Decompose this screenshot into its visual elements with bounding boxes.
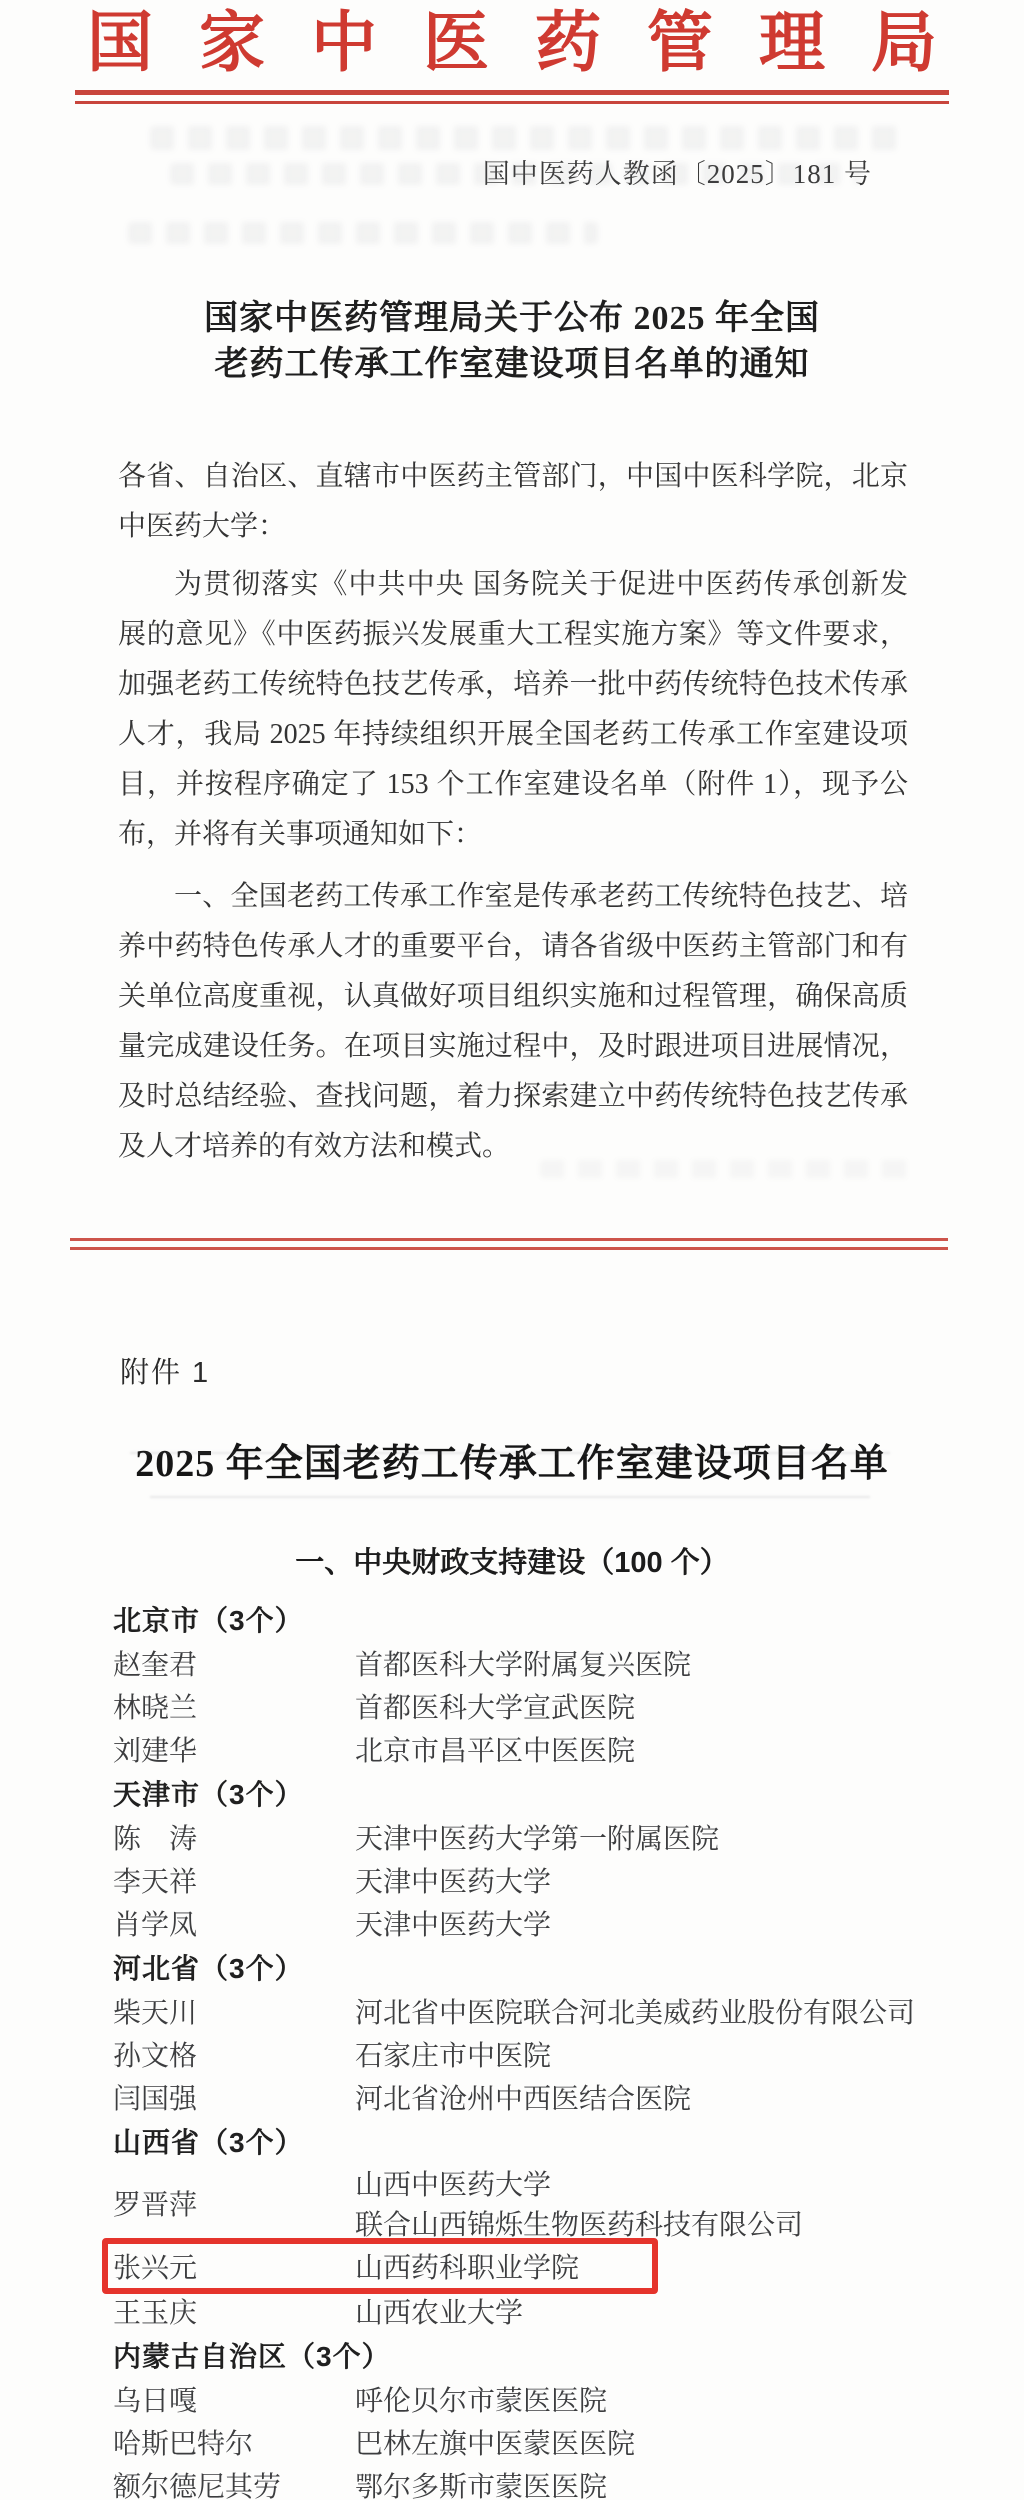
text-line: 目，并按程序确定了 153 个工作室建设名单（附件 1），现予公	[118, 760, 908, 810]
red-separator-rule	[70, 1238, 948, 1250]
text-line: 养中药特色传承人才的重要平台，请各省级中医药主管部门和有	[118, 922, 908, 972]
text-line: 关单位高度重视，认真做好项目组织实施和过程管理，确保高质	[118, 972, 908, 1022]
entry-row: 额尔德尼其劳鄂尔多斯市蒙医医院	[113, 2463, 953, 2500]
entry-name: 额尔德尼其劳	[113, 2465, 355, 2500]
entry-org: 首都医科大学附属复兴医院	[355, 1643, 691, 1683]
entry-name: 张兴元	[113, 2246, 355, 2286]
entry-org: 石家庄市中医院	[355, 2034, 551, 2074]
text-line: 为贯彻落实《中共中央 国务院关于促进中医药传承创新发	[118, 560, 908, 610]
text-line: 中医药大学：	[118, 502, 908, 552]
entry-name: 王玉庆	[113, 2291, 355, 2331]
entry-name: 罗晋萍	[113, 2183, 355, 2223]
entry-row: 孙文格石家庄市中医院	[113, 2032, 953, 2075]
entry-org: 巴林左旗中医蒙医医院	[355, 2422, 635, 2462]
entry-name: 赵奎君	[113, 1643, 355, 1683]
entry-org: 山西中医药大学联合山西锦烁生物医药科技有限公司	[355, 2163, 803, 2243]
entry-row: 哈斯巴特尔巴林左旗中医蒙医医院	[113, 2420, 953, 2463]
salutation: 各省、自治区、直辖市中医药主管部门，中国中医科学院，北京中医药大学：	[118, 452, 908, 552]
entry-row: 柴天川河北省中医院联合河北美威药业股份有限公司	[113, 1989, 953, 2032]
scan-streak	[150, 1496, 870, 1498]
entry-row: 王玉庆山西农业大学	[113, 2289, 953, 2332]
text-line: 加强老药工传统特色技艺传承，培养一批中药传统特色技术传承	[118, 660, 908, 710]
region-header: 内蒙古自治区（3个）	[113, 2332, 953, 2377]
text-line: 展的意见》《中医药振兴发展重大工程实施方案》等文件要求，	[118, 610, 908, 660]
scan-bleedthrough-smudge	[150, 126, 910, 150]
text-line: 国家中医药管理局关于公布 2025 年全国	[0, 296, 1024, 342]
scan-bleedthrough-smudge	[128, 222, 598, 244]
text-line: 量完成建设任务。在项目实施过程中，及时跟进项目进展情况，	[118, 1022, 908, 1072]
roster: 北京市（3个）赵奎君首都医科大学附属复兴医院林晓兰首都医科大学宣武医院刘建华北京…	[113, 1596, 953, 2500]
entry-org: 河北省中医院联合河北美威药业股份有限公司	[355, 1991, 915, 2031]
text-line: 老药工传承工作室建设项目名单的通知	[0, 342, 1024, 388]
entry-org: 鄂尔多斯市蒙医医院	[355, 2465, 607, 2500]
entry-org-line: 联合山西锦烁生物医药科技有限公司	[355, 2203, 803, 2243]
entry-org-line: 山西中医药大学	[355, 2163, 803, 2203]
entry-name: 闫国强	[113, 2077, 355, 2117]
text-line: 人才，我局 2025 年持续组织开展全国老药工传承工作室建设项	[118, 710, 908, 760]
region-header: 河北省（3个）	[113, 1944, 953, 1989]
paragraph-1: 为贯彻落实《中共中央 国务院关于促进中医药传承创新发展的意见》《中医药振兴发展重…	[118, 560, 908, 860]
entry-name: 柴天川	[113, 1991, 355, 2031]
text-line: 布，并将有关事项通知如下：	[118, 810, 908, 860]
text-line: 及人才培养的有效方法和模式。	[118, 1122, 908, 1172]
attachment-label: 附件 1	[120, 1350, 210, 1391]
entry-org: 天津中医药大学	[355, 1860, 551, 1900]
entry-row: 闫国强河北省沧州中西医结合医院	[113, 2075, 953, 2118]
entry-org: 首都医科大学宣武医院	[355, 1686, 635, 1726]
entry-row: 张兴元山西药科职业学院	[113, 2243, 953, 2289]
text-line: 各省、自治区、直辖市中医药主管部门，中国中医科学院，北京	[118, 452, 908, 502]
document-page: 国家中医药管理局 国中医药人教函〔2025〕181 号 国家中医药管理局关于公布…	[0, 0, 1024, 2500]
attachment-title: 2025 年全国老药工传承工作室建设项目名单	[0, 1432, 1024, 1487]
text-line: 一、全国老药工传承工作室是传承老药工传统特色技艺、培	[118, 872, 908, 922]
entry-name: 李天祥	[113, 1860, 355, 1900]
entry-row: 刘建华北京市昌平区中医医院	[113, 1727, 953, 1770]
entry-name: 孙文格	[113, 2034, 355, 2074]
entry-name: 刘建华	[113, 1729, 355, 1769]
entry-name: 乌日嘎	[113, 2379, 355, 2419]
entry-row: 林晓兰首都医科大学宣武医院	[113, 1684, 953, 1727]
entry-row: 罗晋萍山西中医药大学联合山西锦烁生物医药科技有限公司	[113, 2163, 953, 2243]
entry-org: 呼伦贝尔市蒙医医院	[355, 2379, 607, 2419]
entry-org: 河北省沧州中西医结合医院	[355, 2077, 691, 2117]
entry-row: 陈 涛天津中医药大学第一附属医院	[113, 1815, 953, 1858]
entry-row: 肖学凤天津中医药大学	[113, 1901, 953, 1944]
paragraph-2: 一、全国老药工传承工作室是传承老药工传统特色技艺、培养中药特色传承人才的重要平台…	[118, 872, 908, 1172]
entry-org: 山西药科职业学院	[355, 2246, 579, 2286]
entry-row: 乌日嘎呼伦贝尔市蒙医医院	[113, 2377, 953, 2420]
entry-name: 林晓兰	[113, 1686, 355, 1726]
agency-title: 国家中医药管理局	[0, 2, 1024, 86]
region-header: 北京市（3个）	[113, 1596, 953, 1641]
entry-row: 李天祥天津中医药大学	[113, 1858, 953, 1901]
doc-number: 国中医药人教函〔2025〕181 号	[483, 157, 872, 191]
entry-org: 山西农业大学	[355, 2291, 523, 2331]
text-line: 及时总结经验、查找问题，着力探索建立中药传统特色技艺传承	[118, 1072, 908, 1122]
region-header: 山西省（3个）	[113, 2118, 953, 2163]
notice-title: 国家中医药管理局关于公布 2025 年全国老药工传承工作室建设项目名单的通知	[0, 296, 1024, 388]
entry-org: 天津中医药大学	[355, 1903, 551, 1943]
region-header: 天津市（3个）	[113, 1770, 953, 1815]
entry-name: 陈 涛	[113, 1817, 355, 1857]
entry-name: 肖学凤	[113, 1903, 355, 1943]
red-header-rule	[75, 90, 949, 104]
entry-row: 赵奎君首都医科大学附属复兴医院	[113, 1641, 953, 1684]
section-heading: 一、中央财政支持建设（100 个）	[0, 1540, 1024, 1581]
entry-org: 北京市昌平区中医医院	[355, 1729, 635, 1769]
entry-org: 天津中医药大学第一附属医院	[355, 1817, 719, 1857]
entry-name: 哈斯巴特尔	[113, 2422, 355, 2462]
